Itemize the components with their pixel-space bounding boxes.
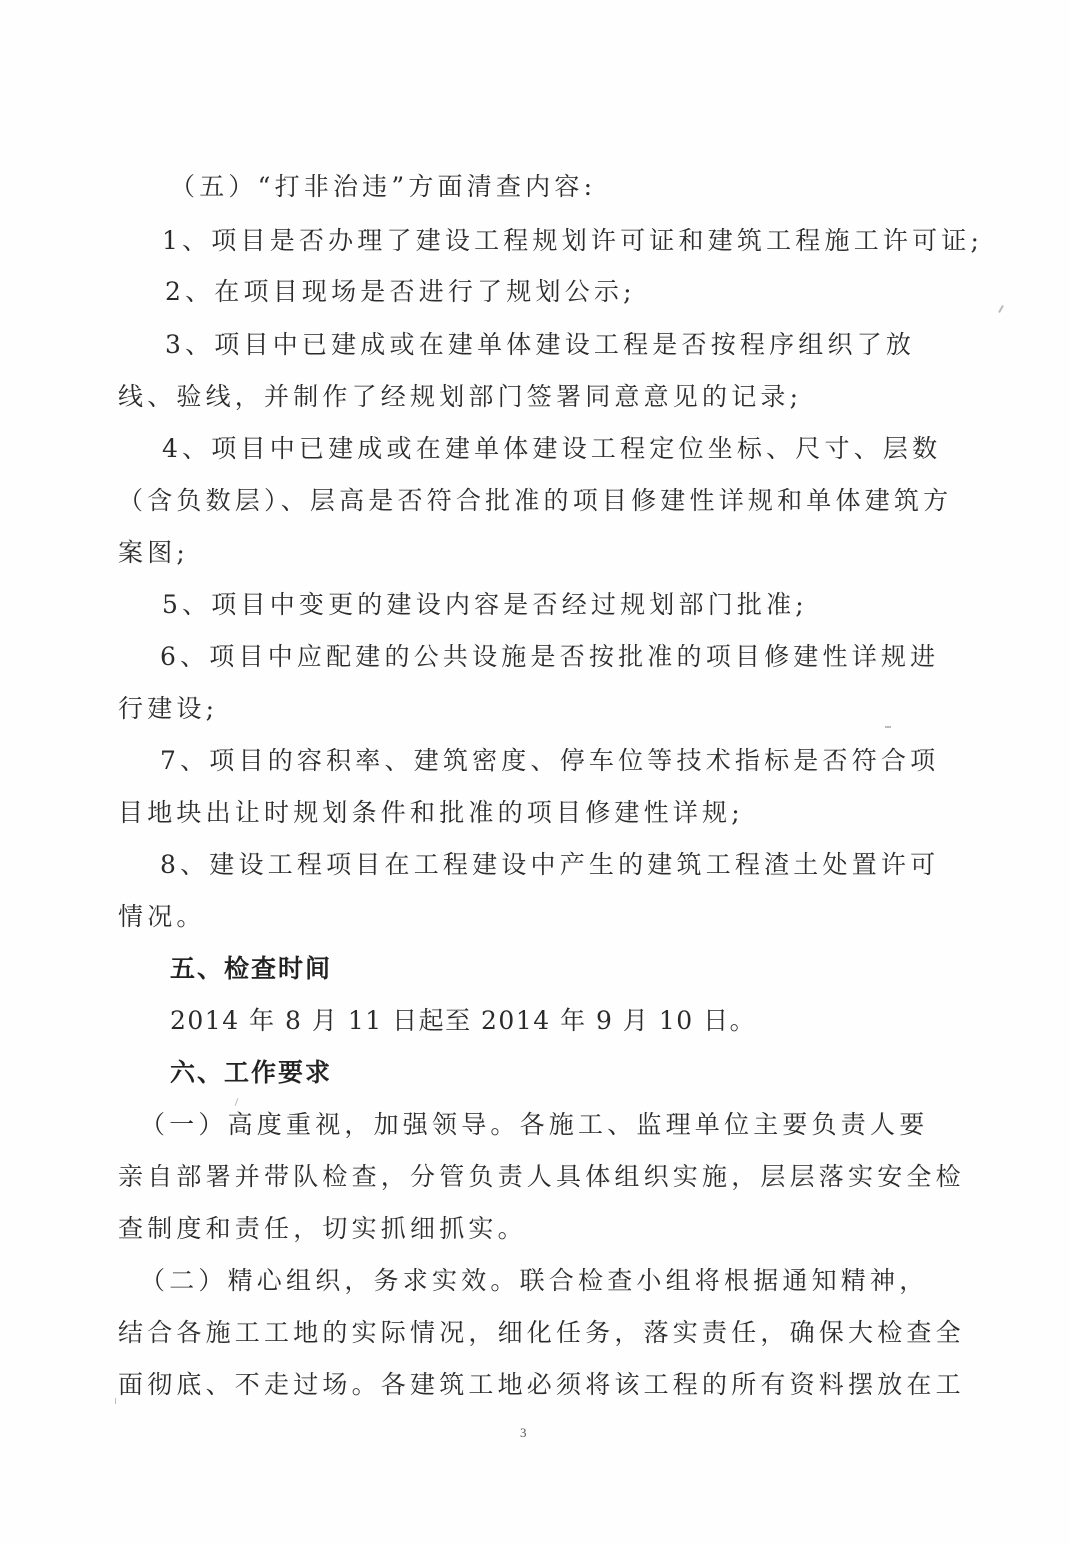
page-number: 3 [520, 1425, 527, 1441]
section-heading-work-requirements: 六、工作要求 [170, 1056, 332, 1090]
list-item-6-line-1: 6、项目中应配建的公共设施是否按批准的项目修建性详规进 [160, 640, 939, 674]
list-item-4-line-1: 4、项目中已建成或在建单体建设工程定位坐标、尺寸、层数 [162, 432, 941, 466]
section-heading-inspection-time: 五、检查时间 [170, 952, 332, 986]
list-item-4-line-2: （含负数层）、层高是否符合批准的项目修建性详规和单体建筑方 [118, 484, 952, 518]
requirement-2-line-1: （二）精心组织，务求实效。联合检查小组将根据通知精神， [140, 1264, 928, 1298]
requirement-1-line-2: 亲自部署并带队检查，分管负责人具体组织实施，层层落实安全检 [118, 1160, 965, 1194]
list-item-8-line-2: 情况。 [118, 900, 206, 934]
list-item-7-line-1: 7、项目的容积率、建筑密度、停车位等技术指标是否符合项 [160, 744, 939, 778]
document-page: （五）“打非治违”方面清查内容: 1、项目是否办理了建设工程规划许可证和建筑工程… [0, 0, 1070, 1544]
section-5-heading: （五）“打非治违”方面清查内容: [170, 170, 596, 204]
list-item-8-line-1: 8、建设工程项目在工程建设中产生的建筑工程渣土处置许可 [160, 848, 939, 882]
scan-speck [885, 726, 891, 728]
list-item-6-line-2: 行建设; [118, 692, 218, 726]
list-item-3-line-2: 线、验线，并制作了经规划部门签署同意意见的记录; [118, 380, 802, 414]
requirement-1-line-1: （一）高度重视，加强领导。各施工、监理单位主要负责人要 [140, 1108, 928, 1142]
list-item-4-line-3: 案图; [118, 536, 189, 570]
list-item-7-line-2: 目地块出让时规划条件和批准的项目修建性详规; [118, 796, 744, 830]
list-item-3-line-1: 3、项目中已建成或在建单体建设工程是否按程序组织了放 [165, 328, 915, 362]
scan-speck [115, 1398, 116, 1404]
scan-speck [998, 305, 1004, 313]
requirement-2-line-3: 面彻底、不走过场。各建筑工地必须将该工程的所有资料摆放在工 [118, 1368, 965, 1402]
list-item-1: 1、项目是否办理了建设工程规划许可证和建筑工程施工许可证; [162, 224, 983, 258]
list-item-5: 5、项目中变更的建设内容是否经过规划部门批准; [162, 588, 808, 622]
inspection-period-text: 2014 年 8 月 11 日起至 2014 年 9 月 10 日。 [170, 1004, 756, 1038]
requirement-2-line-2: 结合各施工工地的实际情况，细化任务，落实责任，确保大检查全 [118, 1316, 965, 1350]
requirement-1-line-3: 查制度和责任，切实抓细抓实。 [118, 1212, 527, 1246]
list-item-2: 2、在项目现场是否进行了规划公示; [165, 275, 636, 309]
scan-speck [235, 1098, 239, 1106]
